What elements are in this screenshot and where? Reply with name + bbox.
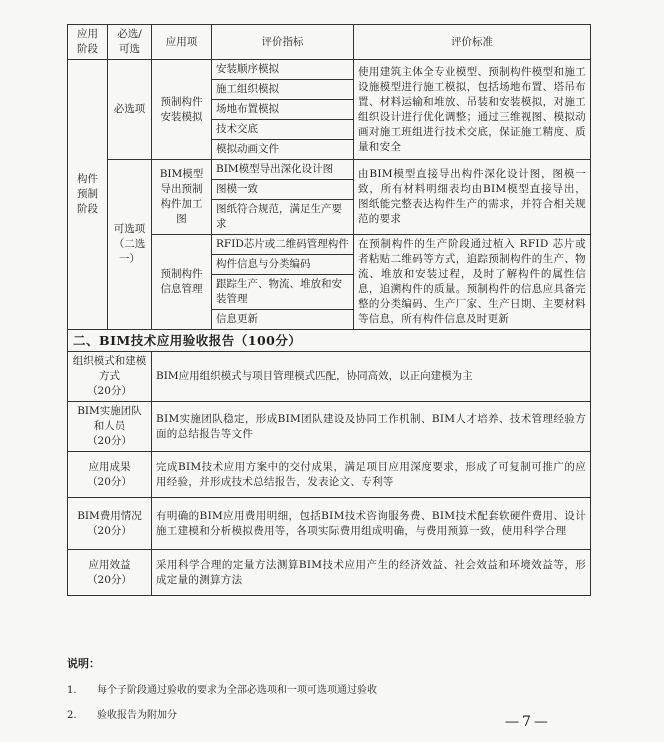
note-item: 1.每个子阶段通过验收的要求为全部必选项和一项可选项通过验收 [67,681,377,696]
report-item: 组织模式和建模方式（20分） [68,352,152,402]
page-number: —7— [505,714,551,730]
evaluation-table: 应用阶段 必选/可选 应用项 评价指标 评价标准 构件预制阶段 必选项 预制构件… [67,24,591,596]
item-install-sim: 预制构件安装模拟 [152,60,212,160]
header-item: 应用项 [152,25,212,60]
indicator: 场地布置模拟 [212,100,354,120]
notes-title: 说明： [67,655,377,671]
stage-cell: 构件预制阶段 [68,60,108,330]
header-required: 必选/可选 [108,25,152,60]
indicator: BIM模型导出深化设计图 [212,160,354,180]
indicator: 模拟动画文件 [212,140,354,160]
report-standard: BIM应用组织模式与项目管理模式匹配，协同高效，以正向建模为主 [152,352,591,402]
report-standard: 采用科学合理的定量方法测算BIM技术应用产生的经济效益、社会效益和环境效益等，形… [152,550,591,596]
indicator: 图纸符合规范，满足生产要求 [212,200,354,235]
standard-bim-export: 由BIM模型直接导出构件深化设计图，图模一致，所有材料明细表均由BIM模型直接导… [354,160,591,235]
indicator: 施工组织模拟 [212,80,354,100]
section-title: 二、BIM技术应用验收报告（100分） [68,330,591,352]
document-page: 应用阶段 必选/可选 应用项 评价指标 评价标准 构件预制阶段 必选项 预制构件… [0,0,664,742]
indicator: 技术交底 [212,120,354,140]
type-optional: 可选项（二选一） [108,160,152,330]
notes: 说明： 1.每个子阶段通过验收的要求为全部必选项和一项可选项通过验收 2.验收报… [67,655,377,731]
type-required: 必选项 [108,60,152,160]
indicator: 安装顺序模拟 [212,60,354,80]
header-standard: 评价标准 [354,25,591,60]
header-indicator: 评价指标 [212,25,354,60]
indicator: 构件信息与分类编码 [212,255,354,275]
indicator: RFID芯片或二维码管理构件 [212,235,354,255]
indicator: 跟踪生产、物流、堆放和安装管理 [212,275,354,310]
report-standard: 有明确的BIM应用费用明细，包括BIM技术咨询服务费、BIM技术配套软硬件费用、… [152,498,591,550]
item-info-mgmt: 预制构件信息管理 [152,235,212,330]
header-stage: 应用阶段 [68,25,108,60]
item-bim-export: BIM模型导出预制构件加工图 [152,160,212,235]
report-item: 应用成果（20分） [68,452,152,498]
indicator: 信息更新 [212,310,354,330]
report-standard: 完成BIM技术应用方案中的交付成果，满足项目应用深度要求，形成了可复制可推广的应… [152,452,591,498]
standard-info-mgmt: 在预制构件的生产阶段通过植入 RFID 芯片或者粘贴二维码等方式，追踪预制构件的… [354,235,591,330]
header-row: 应用阶段 必选/可选 应用项 评价指标 评价标准 [68,25,591,60]
indicator: 图模一致 [212,180,354,200]
standard-install-sim: 使用建筑主体全专业模型、预制构件模型和施工设施模型进行施工模拟，包括场地布置、塔… [354,60,591,160]
report-item: 应用效益（20分） [68,550,152,596]
report-item: BIM实施团队和人员（20分） [68,402,152,452]
report-item: BIM费用情况（20分） [68,498,152,550]
note-item: 2.验收报告为附加分 [67,706,377,721]
report-standard: BIM实施团队稳定，形成BIM团队建设及协同工作机制、BIM人才培养、技术管理经… [152,402,591,452]
